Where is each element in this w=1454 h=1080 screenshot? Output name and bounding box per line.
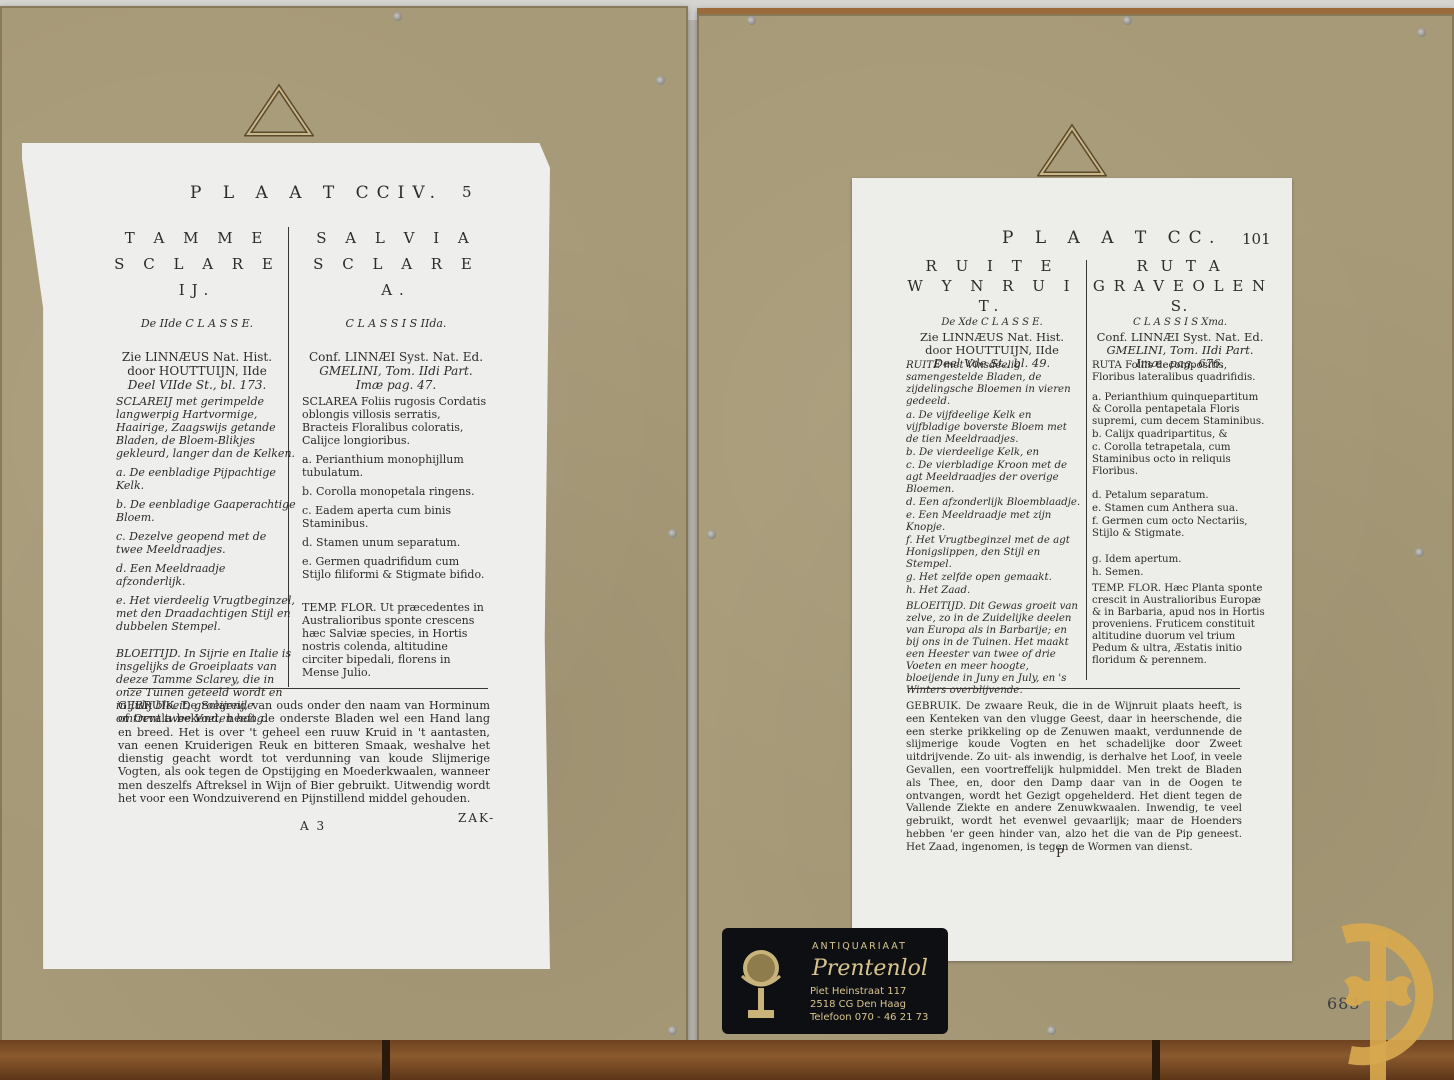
dutch-part-d: d. Een Meeldraadje afzonderlijk. bbox=[116, 562, 296, 588]
screw bbox=[747, 16, 756, 25]
latin-bloom-time: TEMP. FLOR. Ut præcedentes in Australior… bbox=[302, 601, 488, 679]
latin-part-b: b. Calijx quadripartitus, & bbox=[1092, 429, 1268, 441]
shelf-seam bbox=[382, 1040, 390, 1080]
dutch-class: De IIde C L A S S E. bbox=[112, 317, 282, 330]
screw bbox=[707, 530, 716, 539]
dealer-label-address2: 2518 CG Den Haag bbox=[810, 999, 906, 1010]
screw bbox=[1415, 548, 1424, 557]
latin-part-h: h. Semen. bbox=[1092, 567, 1268, 579]
catchword: ZAK- bbox=[458, 811, 495, 825]
dutch-part-a: a. De eenbladige Pijpachtige Kelk. bbox=[116, 466, 296, 492]
latin-ref-line3: Imæ pag. 47. bbox=[298, 378, 494, 392]
screw bbox=[668, 1026, 677, 1035]
latin-part-c: c. Corolla tetrapetala, cum Staminibus o… bbox=[1092, 442, 1268, 478]
dealer-label-name: Prentenlol bbox=[812, 956, 928, 981]
latin-part-c: c. Eadem aperta cum binis Staminibus. bbox=[302, 504, 488, 530]
right-document-page: P L A A T CC. 101 R U I T E W Y N R U I … bbox=[852, 178, 1292, 961]
section-rule bbox=[128, 688, 488, 689]
dealer-label-title: ANTIQUARIAAT bbox=[812, 941, 907, 952]
dutch-ref-line2: door HOUTTUIJN, IIde bbox=[112, 364, 282, 378]
latin-name-line1: R U T A bbox=[1092, 256, 1268, 276]
wooden-shelf bbox=[0, 1040, 1454, 1080]
latin-description: SCLAREA Foliis rugosis Cordatis oblongis… bbox=[302, 395, 488, 447]
dutch-part-c: c. De vierbladige Kroon met de agt Meeld… bbox=[906, 460, 1082, 496]
dutch-part-e: e. Het vierdeelig Vrugtbeginzel, met den… bbox=[116, 594, 296, 633]
latin-part-b: b. Corolla monopetala ringens. bbox=[302, 485, 488, 498]
dutch-part-f: f. Het Vrugtbeginzel met de agt Honigsli… bbox=[906, 535, 1082, 571]
globe-icon bbox=[734, 942, 788, 1026]
latin-part-d: d. Stamen unum separatum. bbox=[302, 536, 488, 549]
latin-part-a: a. Perianthium monophijllum tubulatum. bbox=[302, 453, 488, 479]
dutch-description: RUITE met Vinsdeelig samengestelde Blade… bbox=[906, 360, 1082, 408]
signature-mark: A 3 bbox=[300, 819, 326, 833]
screw bbox=[1123, 16, 1132, 25]
auction-hammer-logo-icon bbox=[1336, 915, 1454, 1080]
latin-description: RUTA Foliis decompositis, Floribus later… bbox=[1092, 360, 1268, 384]
usage-paragraph: GEBRUIK. De zwaare Reuk, die in de Wijnr… bbox=[906, 700, 1242, 854]
screw bbox=[656, 76, 665, 85]
dutch-name-line1: T A M M E bbox=[112, 225, 282, 251]
plate-title: P L A A T CCIV. bbox=[190, 183, 443, 203]
dutch-part-d: d. Een afzonderlijk Bloemblaadje. bbox=[906, 497, 1082, 509]
latin-part-f: f. Germen cum octo Nectariis, Stijlo & S… bbox=[1092, 516, 1268, 540]
plate-title: P L A A T CC. bbox=[1002, 228, 1222, 248]
latin-part-e: e. Stamen cum Anthera sua. bbox=[1092, 503, 1268, 515]
column-divider bbox=[1086, 260, 1087, 680]
dutch-part-a: a. De vijfdeelige Kelk en vijfbladige bo… bbox=[906, 410, 1082, 446]
dutch-part-b: b. De vierdeelige Kelk, en bbox=[906, 447, 1082, 459]
latin-part-e: e. Germen quadrifidum cum Stijlo filifor… bbox=[302, 555, 488, 581]
latin-part-d: d. Petalum separatum. bbox=[1092, 490, 1268, 502]
screw bbox=[668, 529, 677, 538]
latin-name-line2: S C L A R E A. bbox=[298, 251, 494, 303]
dutch-name-line2: W Y N R U I T. bbox=[902, 276, 1082, 316]
latin-part-g: g. Idem apertum. bbox=[1092, 554, 1268, 566]
dutch-description: SCLAREIJ met gerimpelde langwerpig Hartv… bbox=[116, 395, 296, 460]
dutch-part-h: h. Het Zaad. bbox=[906, 585, 1082, 597]
dealer-label-phone: Telefoon 070 - 46 21 73 bbox=[810, 1012, 928, 1023]
dutch-ref-line1: Zie LINNÆUS Nat. Hist. bbox=[112, 350, 282, 364]
triangle-hanger-icon bbox=[1037, 122, 1107, 182]
dutch-ref-line3: Deel VIIde St., bl. 173. bbox=[112, 378, 282, 392]
latin-ref-line1: Conf. LINNÆI Syst. Nat. Ed. bbox=[298, 350, 494, 364]
dutch-part-e: e. Een Meeldraadje met zijn Knopje. bbox=[906, 510, 1082, 534]
left-document-page: P L A A T CCIV. 5 T A M M E S C L A R E … bbox=[22, 143, 550, 969]
section-rule bbox=[908, 688, 1240, 689]
screw bbox=[1047, 1026, 1056, 1035]
latin-name-line2: G R A V E O L E N S. bbox=[1092, 276, 1268, 316]
usage-paragraph: GEBRUIK. De Sclareij, van ouds onder den… bbox=[118, 699, 490, 805]
dutch-part-g: g. Het zelfde open gemaakt. bbox=[906, 572, 1082, 584]
screw bbox=[1417, 28, 1426, 37]
latin-part-a: a. Perianthium quinquepartitum & Corolla… bbox=[1092, 392, 1268, 428]
latin-bloom-time: TEMP. FLOR. Hæc Planta sponte crescit in… bbox=[1092, 583, 1268, 667]
triangle-hanger-icon bbox=[244, 82, 314, 142]
latin-ref-line2: GMELINI, Tom. IIdi Part. bbox=[298, 364, 494, 378]
dealer-label-address1: Piet Heinstraat 117 bbox=[810, 986, 906, 997]
dutch-name-line2: S C L A R E IJ. bbox=[112, 251, 282, 303]
screw bbox=[393, 12, 402, 21]
latin-class: C L A S S I S Xma. bbox=[1092, 316, 1268, 329]
dutch-part-c: c. Dezelve geopend met de twee Meeldraad… bbox=[116, 530, 296, 556]
shelf-seam bbox=[1152, 1040, 1160, 1080]
page-number: 101 bbox=[1242, 230, 1271, 248]
dutch-class: De Xde C L A S S E. bbox=[902, 316, 1082, 329]
page-number: 5 bbox=[462, 183, 472, 201]
latin-class: C L A S S I S IIda. bbox=[298, 317, 494, 330]
dutch-name-line1: R U I T E bbox=[902, 256, 1082, 276]
dutch-bloom-time: BLOEITIJD. Dit Gewas groeit van zelve, z… bbox=[906, 601, 1082, 697]
dealer-label: ANTIQUARIAAT Prentenlol Piet Heinstraat … bbox=[722, 928, 948, 1034]
dutch-part-b: b. De eenbladige Gaaperachtige Bloem. bbox=[116, 498, 296, 524]
signature-mark: P bbox=[1056, 846, 1066, 860]
latin-name-line1: S A L V I A bbox=[298, 225, 494, 251]
